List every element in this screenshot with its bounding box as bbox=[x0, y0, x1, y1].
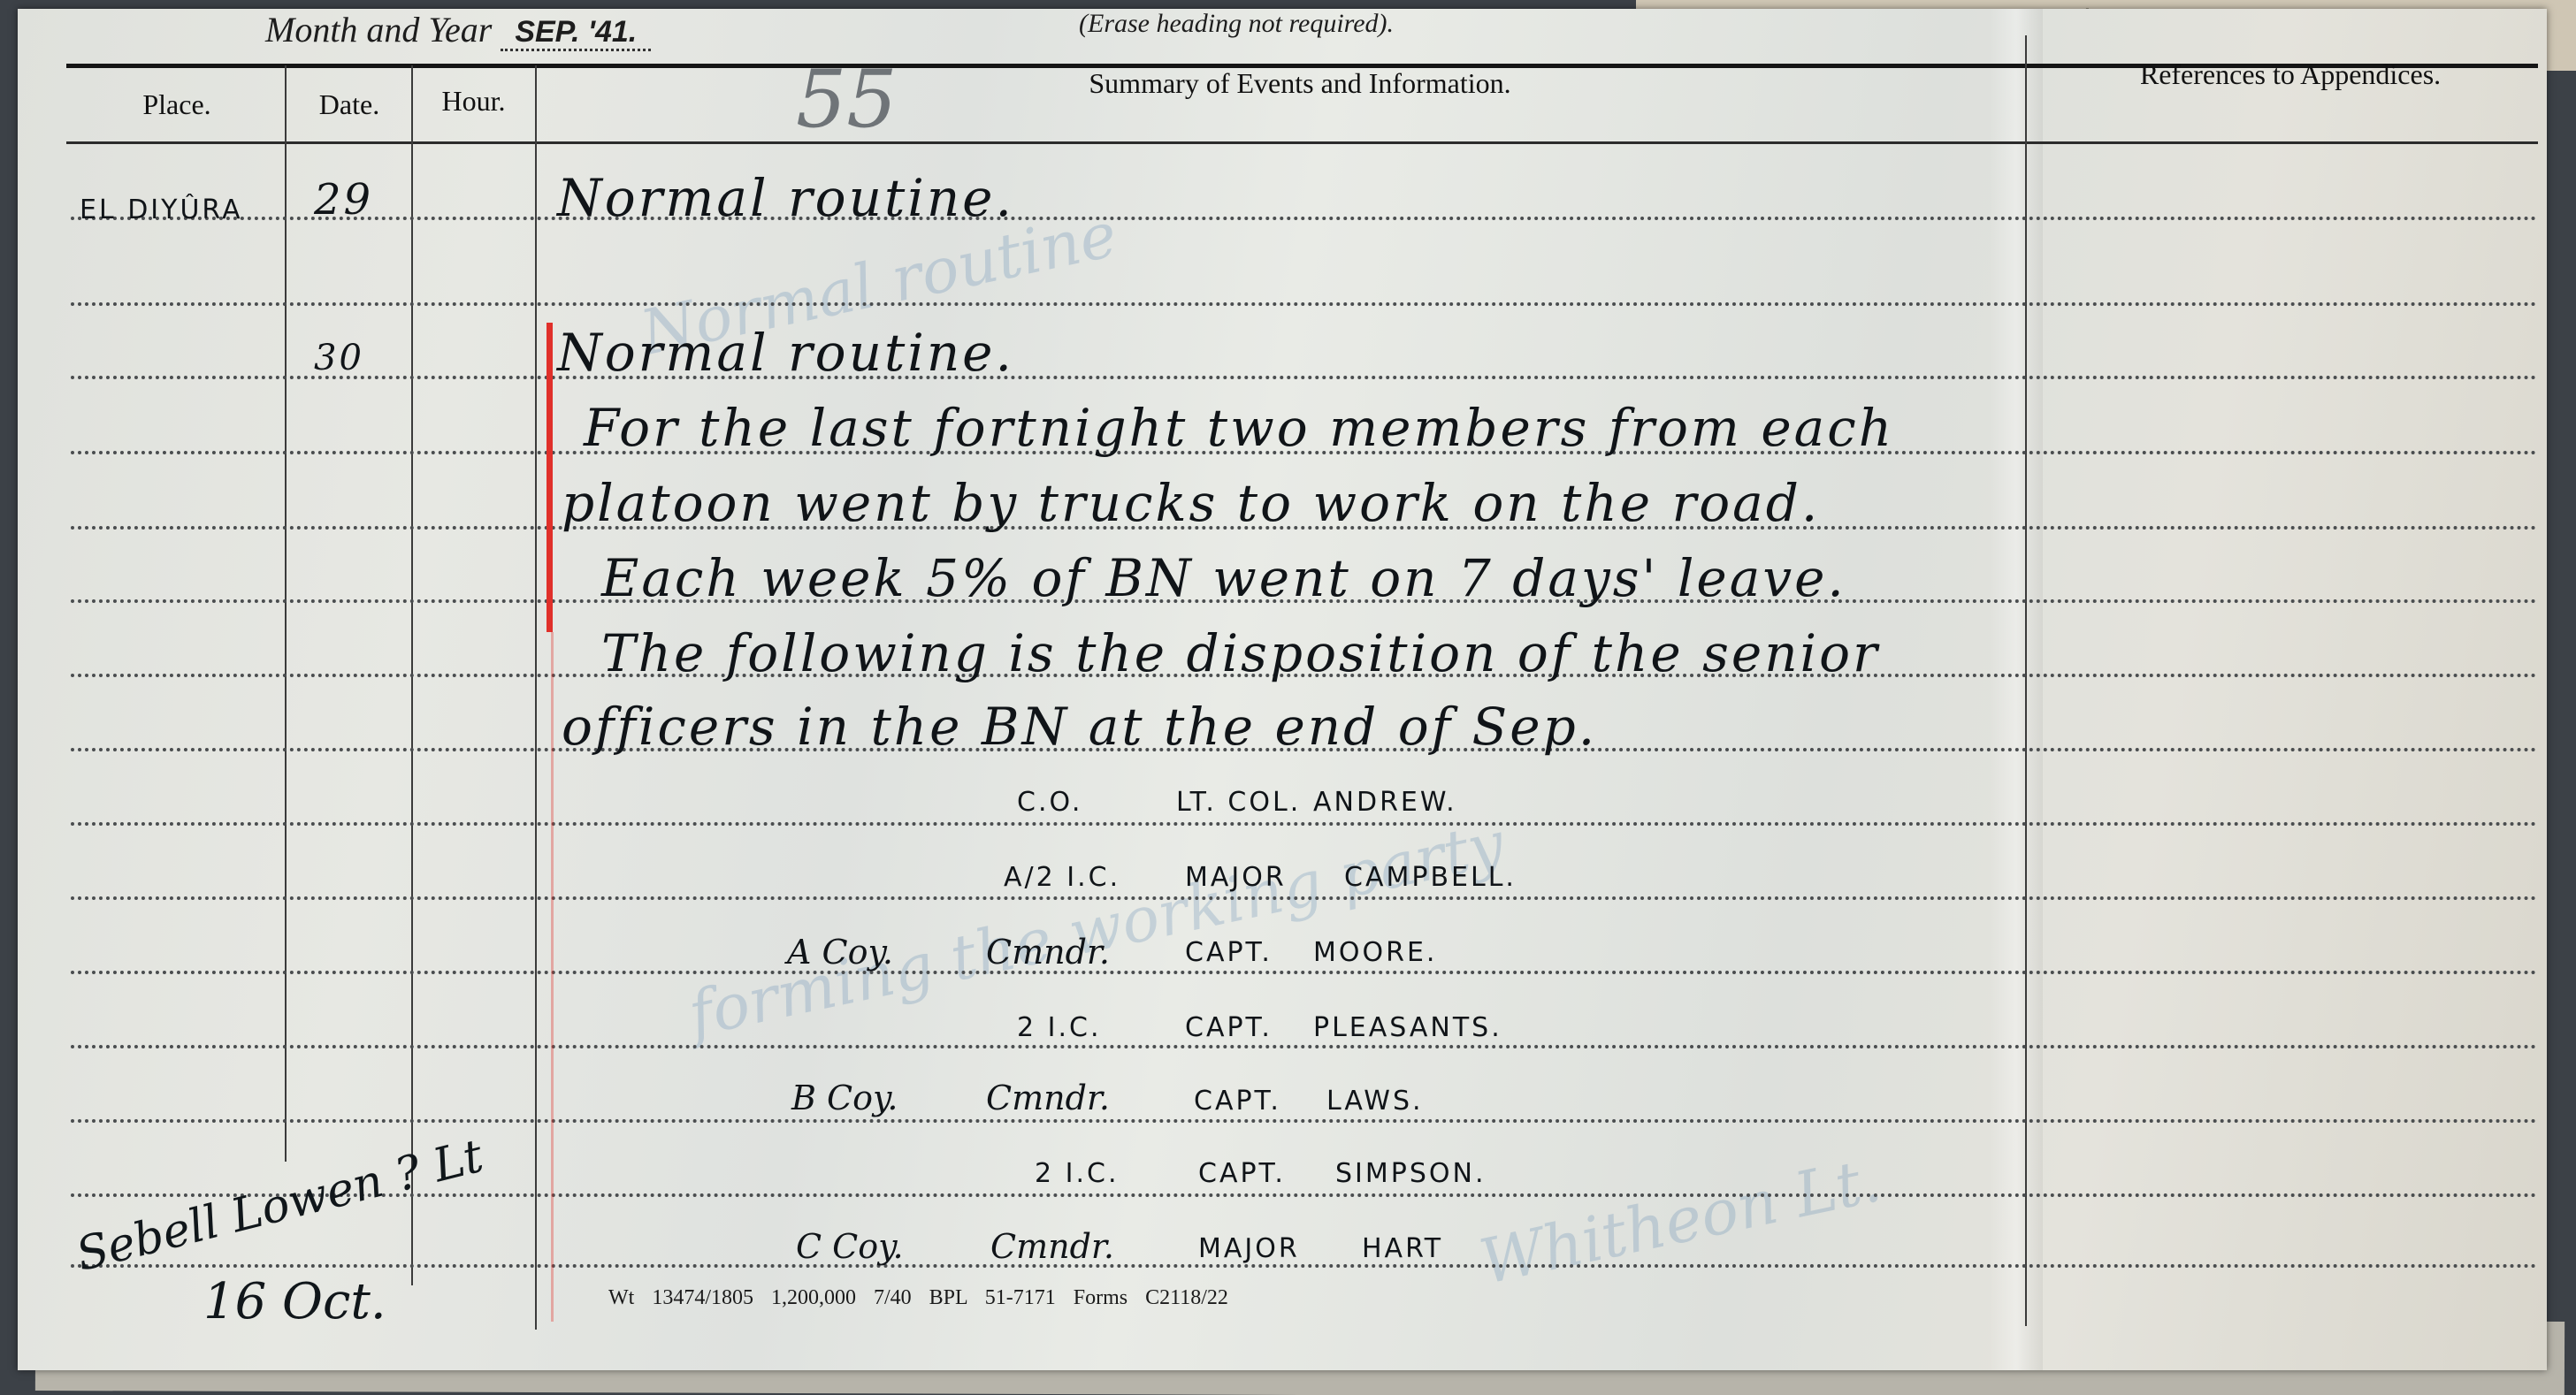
narrative-line: officers in the BN at the end of Sep. bbox=[562, 697, 1597, 757]
red-margin-mark bbox=[547, 323, 553, 632]
entry-summary: Normal routine. bbox=[557, 323, 1014, 383]
entry-date: 30 bbox=[314, 338, 364, 378]
officer-role: 2 I.C. bbox=[1017, 1012, 1102, 1043]
officer-rank: CAPT. bbox=[1194, 1086, 1281, 1117]
column-header-summary: Summary of Events and Information. bbox=[902, 67, 1698, 100]
erase-heading-note: (Erase heading not required). bbox=[1079, 9, 1394, 39]
officer-name: HART bbox=[1362, 1233, 1443, 1264]
officer-rank: MAJOR bbox=[1185, 862, 1287, 893]
red-margin-mark-faint bbox=[551, 632, 554, 1322]
page-number: 55 bbox=[796, 53, 898, 146]
form-print-line: Wt 13474/1805 1,200,000 7/40 BPL 51-7171… bbox=[608, 1286, 1228, 1310]
officer-role: Cmndr. bbox=[986, 1079, 1110, 1117]
officer-name: PLEASANTS. bbox=[1313, 1012, 1502, 1043]
ruled-line bbox=[71, 1119, 2538, 1123]
hour-summary-divider bbox=[535, 65, 537, 1330]
war-diary-page: Normal routine forming the working party… bbox=[18, 9, 2547, 1370]
column-header-hour: Hour. bbox=[414, 85, 533, 118]
officer-rank: CAPT. bbox=[1185, 937, 1273, 968]
entry-date: 29 bbox=[314, 175, 373, 225]
month-year-value: SEP. '41. bbox=[501, 15, 651, 51]
column-header-date: Date. bbox=[287, 88, 411, 121]
ruled-line bbox=[71, 217, 2538, 220]
officer-signature: Sebell Lowen ? Lt bbox=[71, 1130, 488, 1282]
officer-role: 2 I.C. bbox=[1035, 1158, 1120, 1189]
ruled-line bbox=[71, 1193, 2538, 1197]
month-year-label: Month and Year bbox=[265, 10, 492, 50]
column-header-place: Place. bbox=[71, 88, 283, 121]
ruled-line bbox=[71, 896, 2538, 900]
officer-name: MOORE. bbox=[1313, 937, 1437, 968]
ruled-line bbox=[71, 971, 2538, 974]
header-bottom-rule bbox=[66, 141, 2538, 144]
narrative-line: platoon went by trucks to work on the ro… bbox=[562, 473, 1820, 533]
officer-role: A/2 I.C. bbox=[1004, 862, 1120, 893]
entry-place: EL DIYÛRA bbox=[80, 194, 243, 225]
column-header-references: References to Appendices. bbox=[2043, 58, 2538, 91]
entry-summary: Normal routine. bbox=[557, 168, 1014, 228]
officer-unit: C Coy. bbox=[796, 1227, 904, 1266]
ruled-line bbox=[71, 302, 2538, 306]
bleed-through-signature: Whitheon Lt. bbox=[1474, 1143, 1887, 1299]
summary-references-divider bbox=[2025, 35, 2027, 1326]
officer-name: SIMPSON. bbox=[1335, 1158, 1487, 1189]
officer-name: LAWS. bbox=[1326, 1086, 1424, 1117]
ruled-line bbox=[71, 376, 2538, 379]
ruled-line bbox=[71, 1264, 2538, 1268]
ruled-line bbox=[71, 822, 2538, 826]
officer-name: CAMPBELL. bbox=[1344, 862, 1517, 893]
officer-rank: CAPT. bbox=[1185, 1012, 1273, 1043]
officer-role: Cmndr. bbox=[986, 933, 1110, 972]
narrative-line: Each week 5% of BN went on 7 days' leave… bbox=[601, 548, 1846, 608]
place-date-divider bbox=[285, 65, 287, 1162]
officer-unit: B Coy. bbox=[791, 1079, 898, 1117]
narrative-line: For the last fortnight two members from … bbox=[584, 398, 1894, 458]
officer-rank: CAPT. bbox=[1198, 1158, 1286, 1189]
paper-fold bbox=[1990, 9, 2043, 1370]
officer-unit: A Coy. bbox=[787, 933, 893, 972]
month-year-field: Month and Year SEP. '41. bbox=[265, 9, 651, 50]
signature-date: 16 Oct. bbox=[203, 1273, 386, 1330]
officer-name: ANDREW. bbox=[1313, 787, 1457, 818]
officer-role: Cmndr. bbox=[990, 1227, 1114, 1266]
narrative-line: The following is the disposition of the … bbox=[601, 623, 1880, 683]
officer-rank: MAJOR bbox=[1198, 1233, 1300, 1264]
officer-role: C.O. bbox=[1017, 787, 1082, 818]
officer-rank: LT. COL. bbox=[1176, 787, 1301, 818]
ruled-line bbox=[71, 1045, 2538, 1048]
